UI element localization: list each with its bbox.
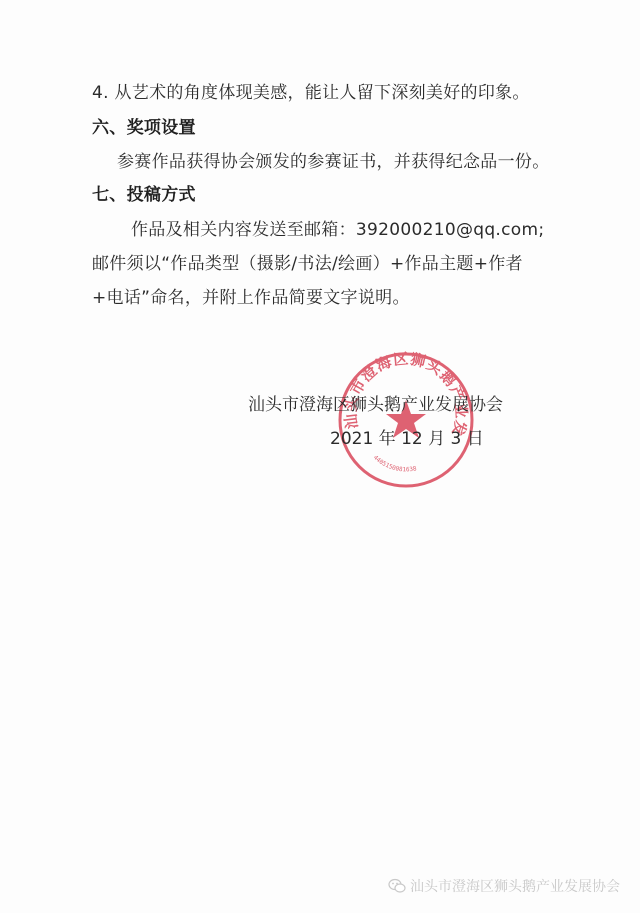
wechat-icon [388, 878, 406, 894]
section-heading-submission: 七、投稿方式 [92, 184, 196, 206]
submission-description-line: +电话”命名，并附上作品简要文字说明。 [92, 287, 410, 309]
requirement-item-4: 4. 从艺术的角度体现美感，能让人留下深刻美好的印象。 [92, 82, 530, 104]
signature-organization: 汕头市澄海区狮头鹅产业发展协会 [248, 394, 503, 416]
watermark-text: 汕头市澄海区狮头鹅产业发展协会 [410, 876, 620, 896]
svg-text:4405150081638: 4405150081638 [372, 454, 418, 473]
document-page: 4. 从艺术的角度体现美感，能让人留下深刻美好的印象。 六、奖项设置 参赛作品获… [0, 0, 640, 913]
awards-description: 参赛作品获得协会颁发的参赛证书，并获得纪念品一份。 [117, 151, 550, 173]
official-seal-icon: 汕头市澄海区狮头鹅产业发展协会 4405150081638 [336, 350, 476, 490]
wechat-watermark: 汕头市澄海区狮头鹅产业发展协会 [388, 876, 620, 896]
submission-email-line: 作品及相关内容发送至邮箱：392000210@qq.com; [131, 219, 544, 241]
signature-date: 2021 年 12 月 3 日 [330, 428, 484, 450]
submission-naming-line: 邮件须以“作品类型（摄影/书法/绘画）+作品主题+作者 [92, 253, 523, 275]
section-heading-awards: 六、奖项设置 [92, 117, 196, 139]
